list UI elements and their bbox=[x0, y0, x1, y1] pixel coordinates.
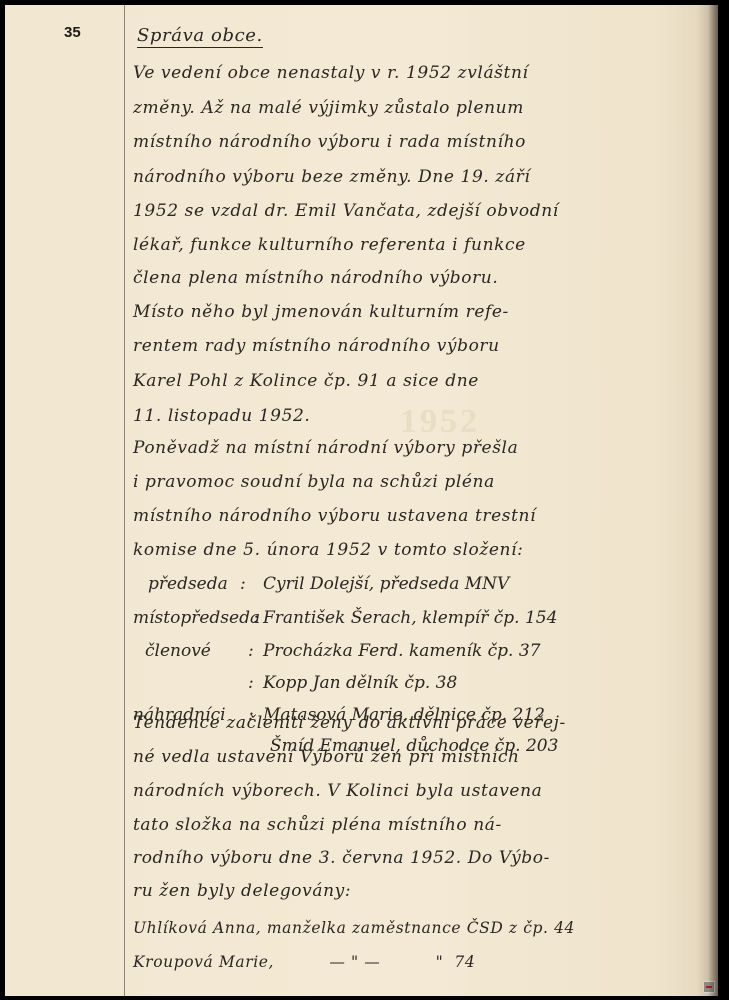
commission-separator: : bbox=[248, 673, 254, 693]
text-line: národního výboru beze změny. Dne 19. zář… bbox=[133, 167, 530, 187]
commission-role: místopředseda bbox=[133, 608, 260, 628]
text-line: místního národního výboru i rada místníh… bbox=[133, 132, 526, 152]
commission-entry: Cyril Dolejší, předseda MNV bbox=[263, 574, 509, 594]
text-line: změny. Až na malé výjimky zůstalo plenum bbox=[133, 98, 524, 118]
text-line: Ve vedení obce nenastaly v r. 1952 zvláš… bbox=[133, 63, 529, 83]
commission-separator: : bbox=[248, 705, 254, 725]
commission-entry: František Šerach, klempíř čp. 154 bbox=[263, 608, 557, 628]
commission-separator: : bbox=[240, 574, 246, 594]
text-line: rentem rady místního národního výboru bbox=[133, 336, 500, 356]
commission-entry: Kopp Jan dělník čp. 38 bbox=[263, 673, 457, 693]
text-line: komise dne 5. února 1952 v tomto složení… bbox=[133, 540, 523, 560]
viewer-minimize-button[interactable] bbox=[703, 981, 715, 993]
commission-entry: Procházka Ferd. kameník čp. 37 bbox=[263, 641, 541, 661]
commission-role: náhradníci bbox=[133, 705, 226, 725]
page-number: 35 bbox=[64, 24, 81, 41]
commission-entry: Matasová Marie, dělnice čp. 212 bbox=[263, 705, 545, 725]
text-line: lékař, funkce kulturního referenta i fun… bbox=[133, 235, 526, 255]
text-line: Karel Pohl z Kolince čp. 91 a sice dne bbox=[133, 371, 479, 391]
text-line: místního národního výboru ustavena trest… bbox=[133, 506, 536, 526]
text-line: Místo něho byl jmenován kulturním refe- bbox=[133, 302, 509, 322]
margin-rule bbox=[124, 5, 125, 996]
commission-entry: Šmíd Emanuel, důchodce čp. 203 bbox=[270, 736, 558, 756]
commission-role: členové bbox=[145, 641, 211, 661]
commission-separator: : bbox=[248, 641, 254, 661]
text-line: Poněvadž na místní národní výbory přešla bbox=[133, 438, 518, 458]
commission-separator: : bbox=[253, 608, 259, 628]
text-line: člena plena místního národního výboru. bbox=[133, 268, 498, 288]
text-line: 1952 se vzdal dr. Emil Vančata, zdejší o… bbox=[133, 201, 559, 221]
commission-role: předseda bbox=[148, 574, 228, 594]
text-line: i pravomoc soudní byla na schůzi pléna bbox=[133, 472, 495, 492]
scanned-chronicle-page: 35 1952 Správa obce. Ve vedení obce nena… bbox=[5, 5, 718, 996]
text-line: 11. listopadu 1952. bbox=[133, 406, 310, 426]
bleed-through-year: 1952 bbox=[400, 403, 480, 441]
section-title: Správa obce. bbox=[137, 25, 263, 48]
